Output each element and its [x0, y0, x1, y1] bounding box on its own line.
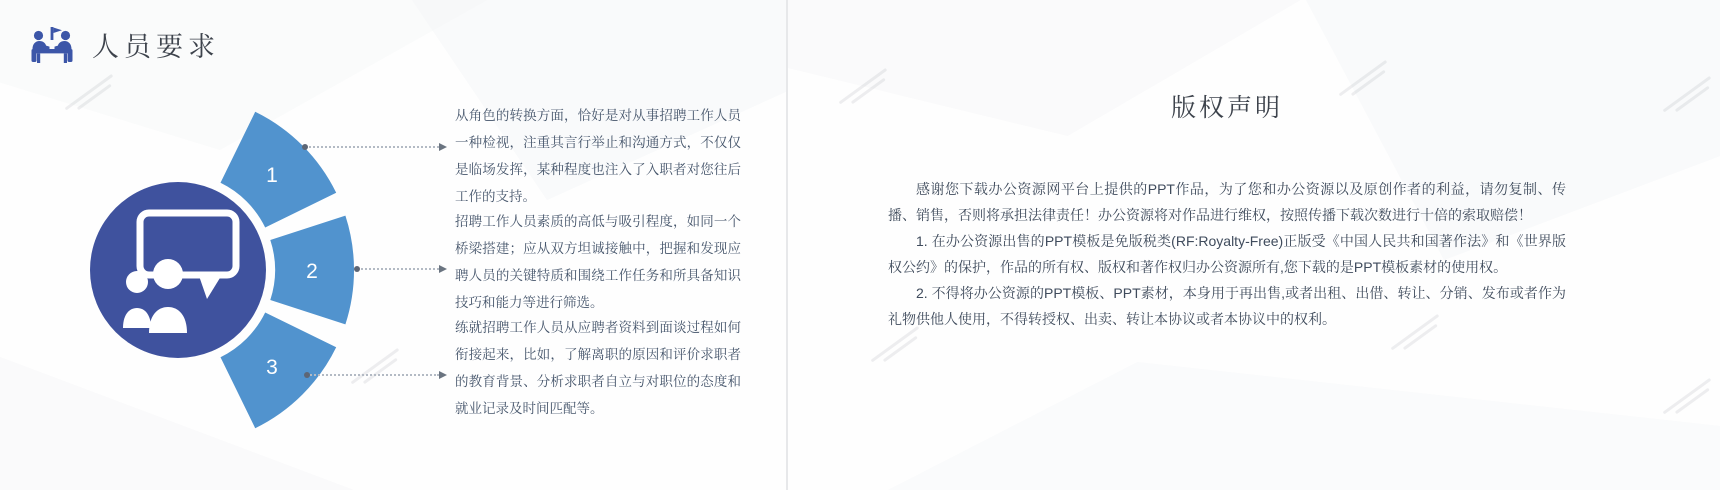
watermark: [1660, 375, 1718, 424]
arrow-right-icon: [439, 371, 447, 379]
copyright-content: 版权声明 感谢您下载办公资源网平台上提供的PPT作品，为了您和办公资源以及原创作…: [888, 88, 1566, 332]
watermark: [1660, 73, 1718, 122]
segment-number-1: 1: [266, 164, 278, 187]
connector-dot: [304, 372, 310, 378]
item-text-2: 招聘工作人员素质的高低与吸引程度，如同一个桥梁搭建；应从双方坦诚接触中，把握和发…: [455, 208, 741, 316]
slide-personnel-requirements: 人员要求 1 2 3 从角色的转换方面，恰好是对从事招聘工作人员一种检视，注重其…: [0, 0, 786, 490]
slide-header: 人员要求: [28, 20, 220, 68]
copyright-paragraph-1: 感谢您下载办公资源网平台上提供的PPT作品，为了您和办公资源以及原创作者的利益，…: [888, 176, 1566, 228]
arrow-right-icon: [439, 265, 447, 273]
connector-dot: [354, 266, 360, 272]
segment-number-3: 3: [266, 356, 278, 379]
item-text-3: 练就招聘工作人员从应聘者资料到面谈过程如何衔接起来，比如，了解离职的原因和评价求…: [455, 314, 741, 422]
arrow-right-icon: [439, 143, 447, 151]
background-polygon: [888, 330, 1720, 490]
fan-diagram: 1 2 3: [60, 85, 390, 445]
page-title: 人员要求: [92, 25, 220, 64]
copyright-paragraph-2: 1. 在办公资源出售的PPT模板是免版税类(RF:Royalty-Free)正版…: [888, 228, 1566, 280]
connector-line-1: [305, 146, 439, 148]
connector-dot: [302, 144, 308, 150]
copyright-title: 版权声明: [888, 88, 1566, 124]
copyright-paragraph-3: 2. 不得将办公资源的PPT模板、PPT素材，本身用于再出售,或者出租、出借、转…: [888, 280, 1566, 332]
connector-line-2: [357, 268, 439, 270]
segment-number-2: 2: [306, 260, 318, 283]
connector-line-3: [307, 374, 439, 376]
meeting-icon: [28, 20, 76, 68]
item-text-1: 从角色的转换方面，恰好是对从事招聘工作人员一种检视，注重其言行举止和沟通方式，不…: [455, 102, 741, 210]
slide-copyright-statement: 版权声明 感谢您下载办公资源网平台上提供的PPT作品，为了您和办公资源以及原创作…: [788, 0, 1720, 490]
watermark: [836, 65, 894, 114]
copyright-body: 感谢您下载办公资源网平台上提供的PPT作品，为了您和办公资源以及原创作者的利益，…: [888, 176, 1566, 332]
